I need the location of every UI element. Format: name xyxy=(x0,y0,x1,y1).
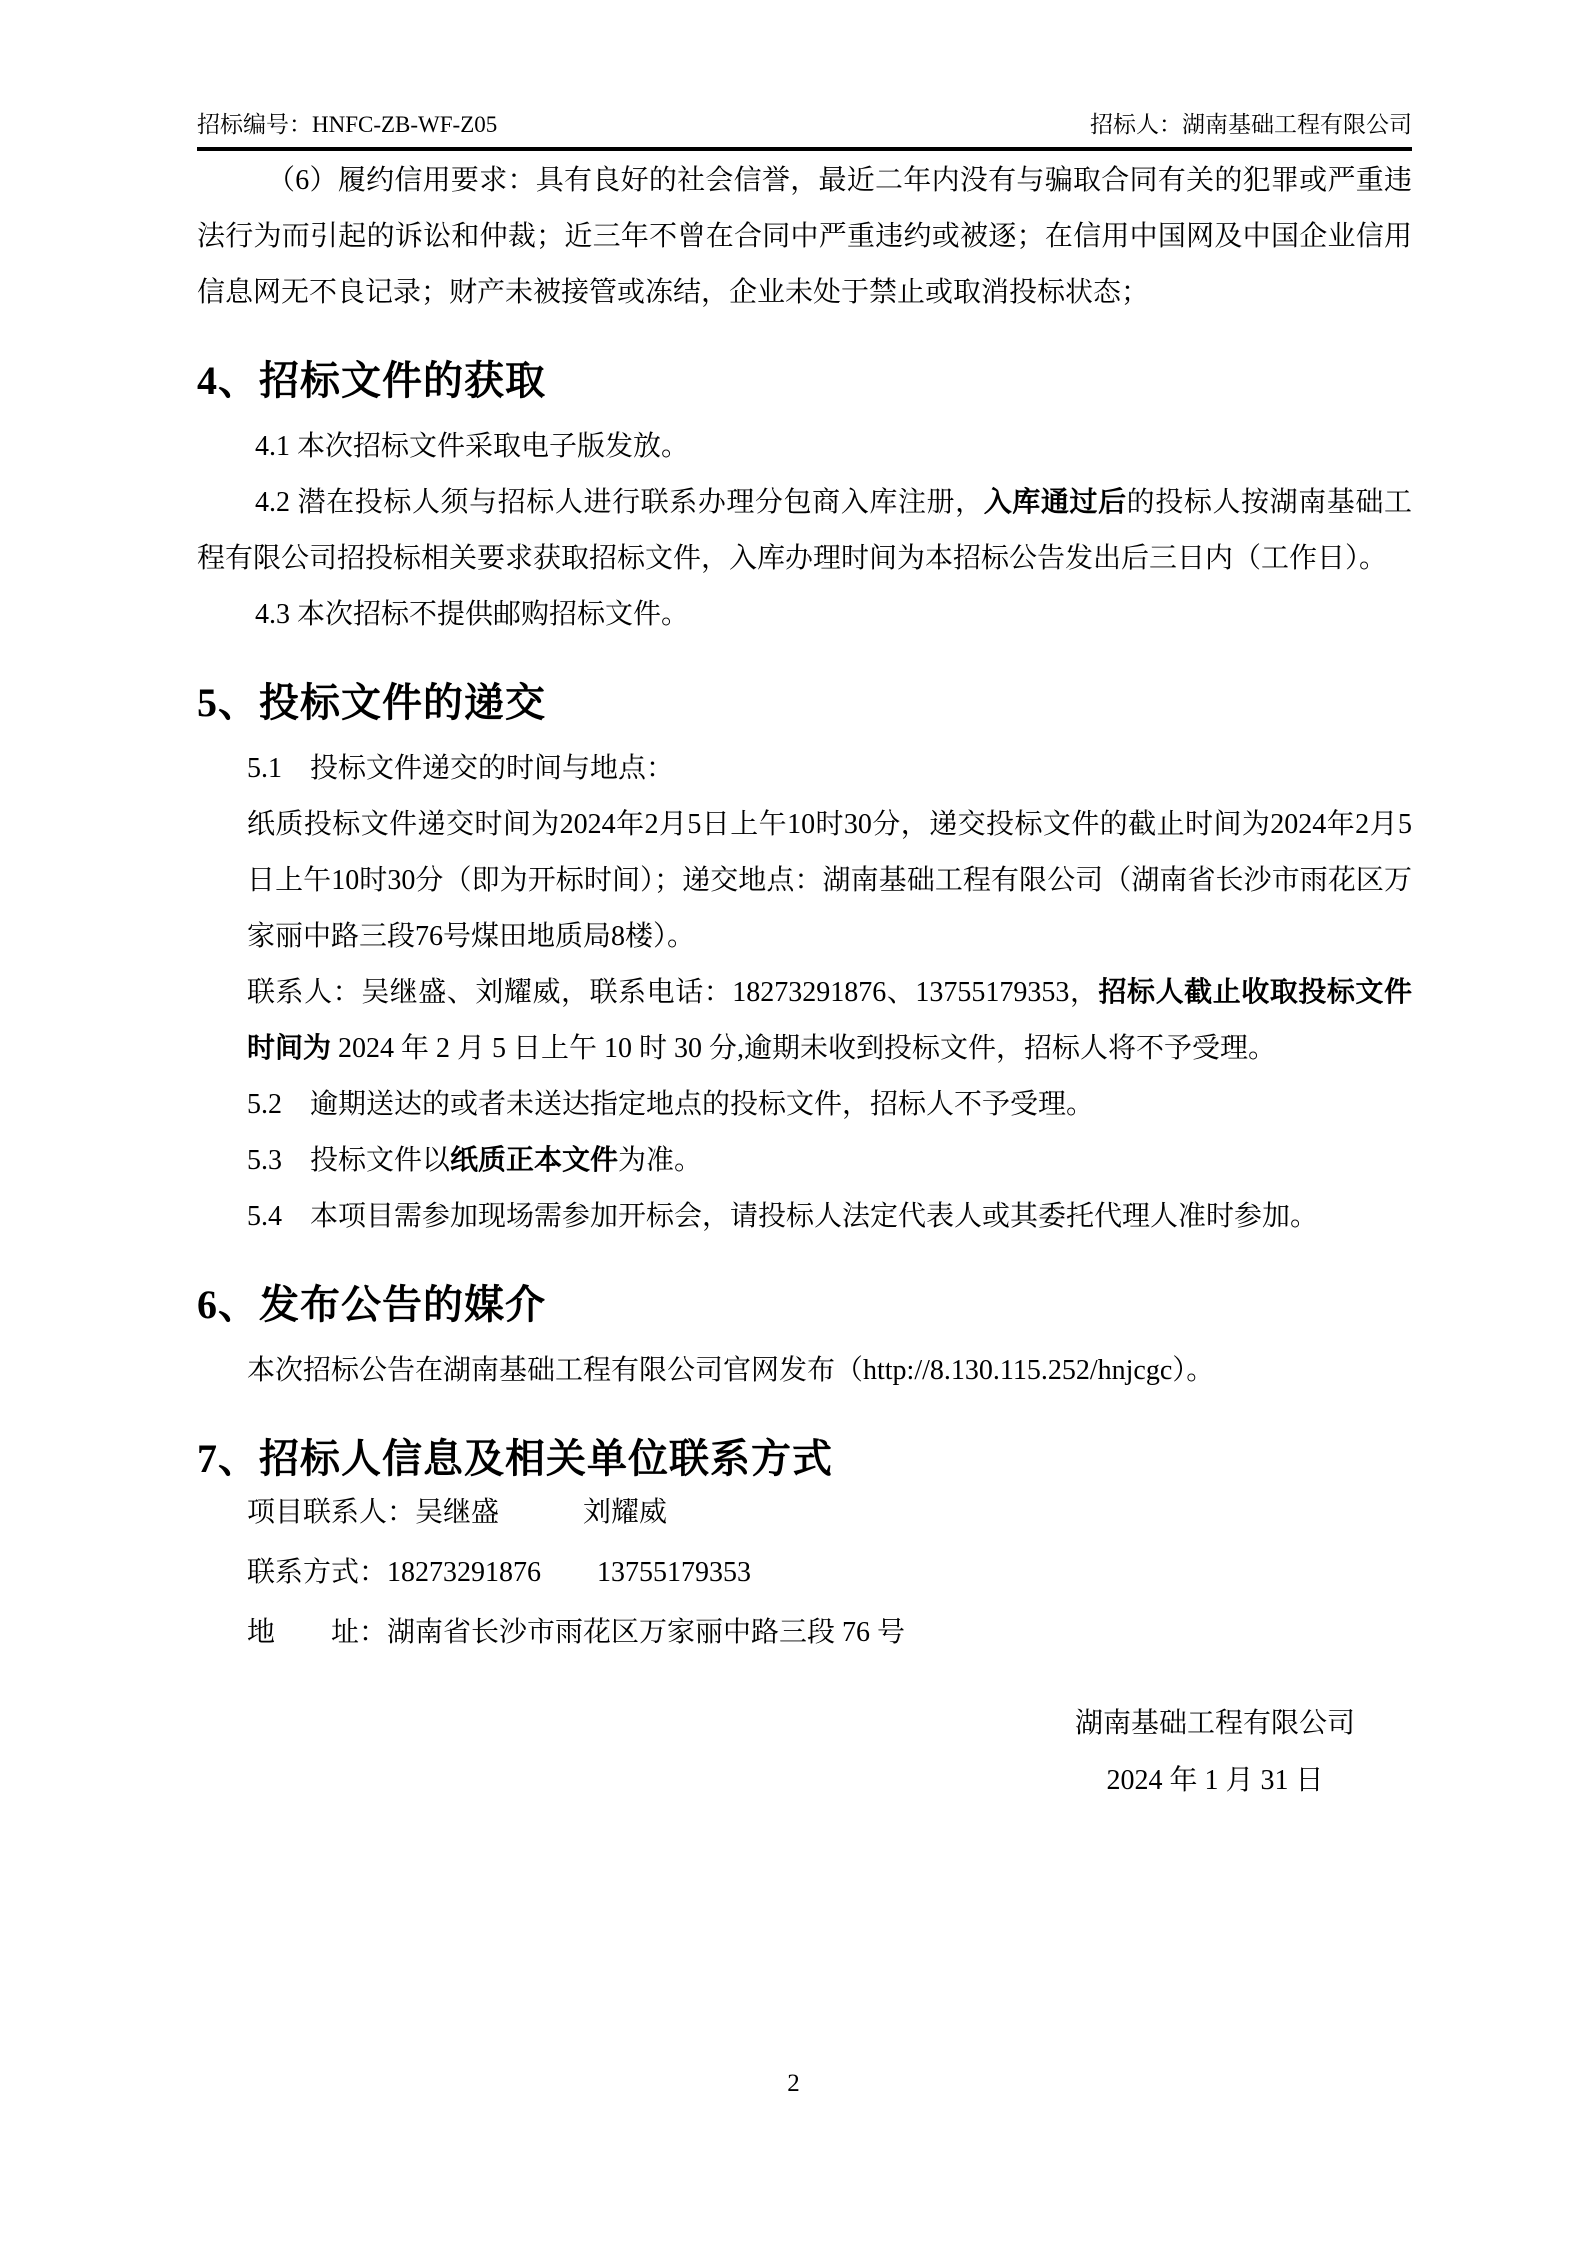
section-4-title: 4、招标文件的获取 xyxy=(197,357,1412,405)
item-5-1: 5.1 投标文件递交的时间与地点： xyxy=(247,741,1412,797)
section-7-body: 项目联系人：吴继盛 刘耀威 联系方式：18273291876 137551793… xyxy=(247,1483,1412,1663)
document-header: 招标编号：HNFC-ZB-WF-Z05 招标人：湖南基础工程有限公司 xyxy=(197,110,1412,151)
item-4-2: 4.2 潜在投标人须与招标人进行联系办理分包商入库注册，入库通过后的投标人按湖南… xyxy=(197,475,1412,587)
section-5-title: 5、投标文件的递交 xyxy=(197,679,1412,727)
section-6-title: 6、发布公告的媒介 xyxy=(197,1281,1412,1329)
contact-paragraph: 联系人：吴继盛、刘耀威，联系电话：18273291876、13755179353… xyxy=(247,965,1412,1077)
item-4-2-text: 4.2 潜在投标人须与招标人进行联系办理分包商入库注册， xyxy=(255,487,984,518)
signature-block: 湖南基础工程有限公司 2024 年 1 月 31 日 xyxy=(1075,1695,1355,1809)
tenderer-label: 招标人：湖南基础工程有限公司 xyxy=(1090,110,1412,140)
item-4-2-bold-text: 入库通过后 xyxy=(984,487,1127,518)
contact-text: 联系人：吴继盛、刘耀威，联系电话：18273291876、13755179353… xyxy=(247,977,1099,1008)
item-4-3: 4.3 本次招标不提供邮购招标文件。 xyxy=(197,587,1412,643)
media-paragraph: 本次招标公告在湖南基础工程有限公司官网发布（http://8.130.115.2… xyxy=(247,1343,1412,1399)
section-7-title: 7、招标人信息及相关单位联系方式 xyxy=(197,1435,1412,1483)
document-page: 招标编号：HNFC-ZB-WF-Z05 招标人：湖南基础工程有限公司 （6）履约… xyxy=(0,0,1587,2245)
contact-phone-line: 联系方式：18273291876 13755179353 xyxy=(247,1543,1412,1603)
item-4-1: 4.1 本次招标文件采取电子版发放。 xyxy=(197,419,1412,475)
item-5-3-text: 5.3 投标文件以 xyxy=(247,1145,450,1176)
contact-text-after: 2024 年 2 月 5 日上午 10 时 30 分,逾期未收到投标文件，招标人… xyxy=(331,1033,1276,1064)
item-5-2: 5.2 逾期送达的或者未送达指定地点的投标文件，招标人不予受理。 xyxy=(247,1077,1412,1133)
clause-6-paragraph: （6）履约信用要求：具有良好的社会信誉，最近二年内没有与骗取合同有关的犯罪或严重… xyxy=(197,153,1412,321)
item-5-3-bold-text: 纸质正本文件 xyxy=(450,1145,618,1176)
tender-number-label: 招标编号：HNFC-ZB-WF-Z05 xyxy=(197,110,497,140)
page-number: 2 xyxy=(0,2070,1587,2098)
document-content: 招标编号：HNFC-ZB-WF-Z05 招标人：湖南基础工程有限公司 （6）履约… xyxy=(197,0,1412,1809)
signature-date: 2024 年 1 月 31 日 xyxy=(1075,1752,1355,1809)
section-6-body: 本次招标公告在湖南基础工程有限公司官网发布（http://8.130.115.2… xyxy=(247,1343,1412,1399)
delivery-paragraph: 纸质投标文件递交时间为2024年2月5日上午10时30分，递交投标文件的截止时间… xyxy=(247,797,1412,965)
item-5-3: 5.3 投标文件以纸质正本文件为准。 xyxy=(247,1133,1412,1189)
item-5-3-text-after: 为准。 xyxy=(618,1145,702,1176)
section-5-body: 5.1 投标文件递交的时间与地点： 纸质投标文件递交时间为2024年2月5日上午… xyxy=(247,741,1412,1245)
item-5-4: 5.4 本项目需参加现场需参加开标会，请投标人法定代表人或其委托代理人准时参加。 xyxy=(247,1189,1412,1245)
project-contact-person-line: 项目联系人：吴继盛 刘耀威 xyxy=(247,1483,1412,1543)
address-line: 地 址：湖南省长沙市雨花区万家丽中路三段 76 号 xyxy=(247,1603,1412,1663)
signature-company: 湖南基础工程有限公司 xyxy=(1075,1695,1355,1752)
